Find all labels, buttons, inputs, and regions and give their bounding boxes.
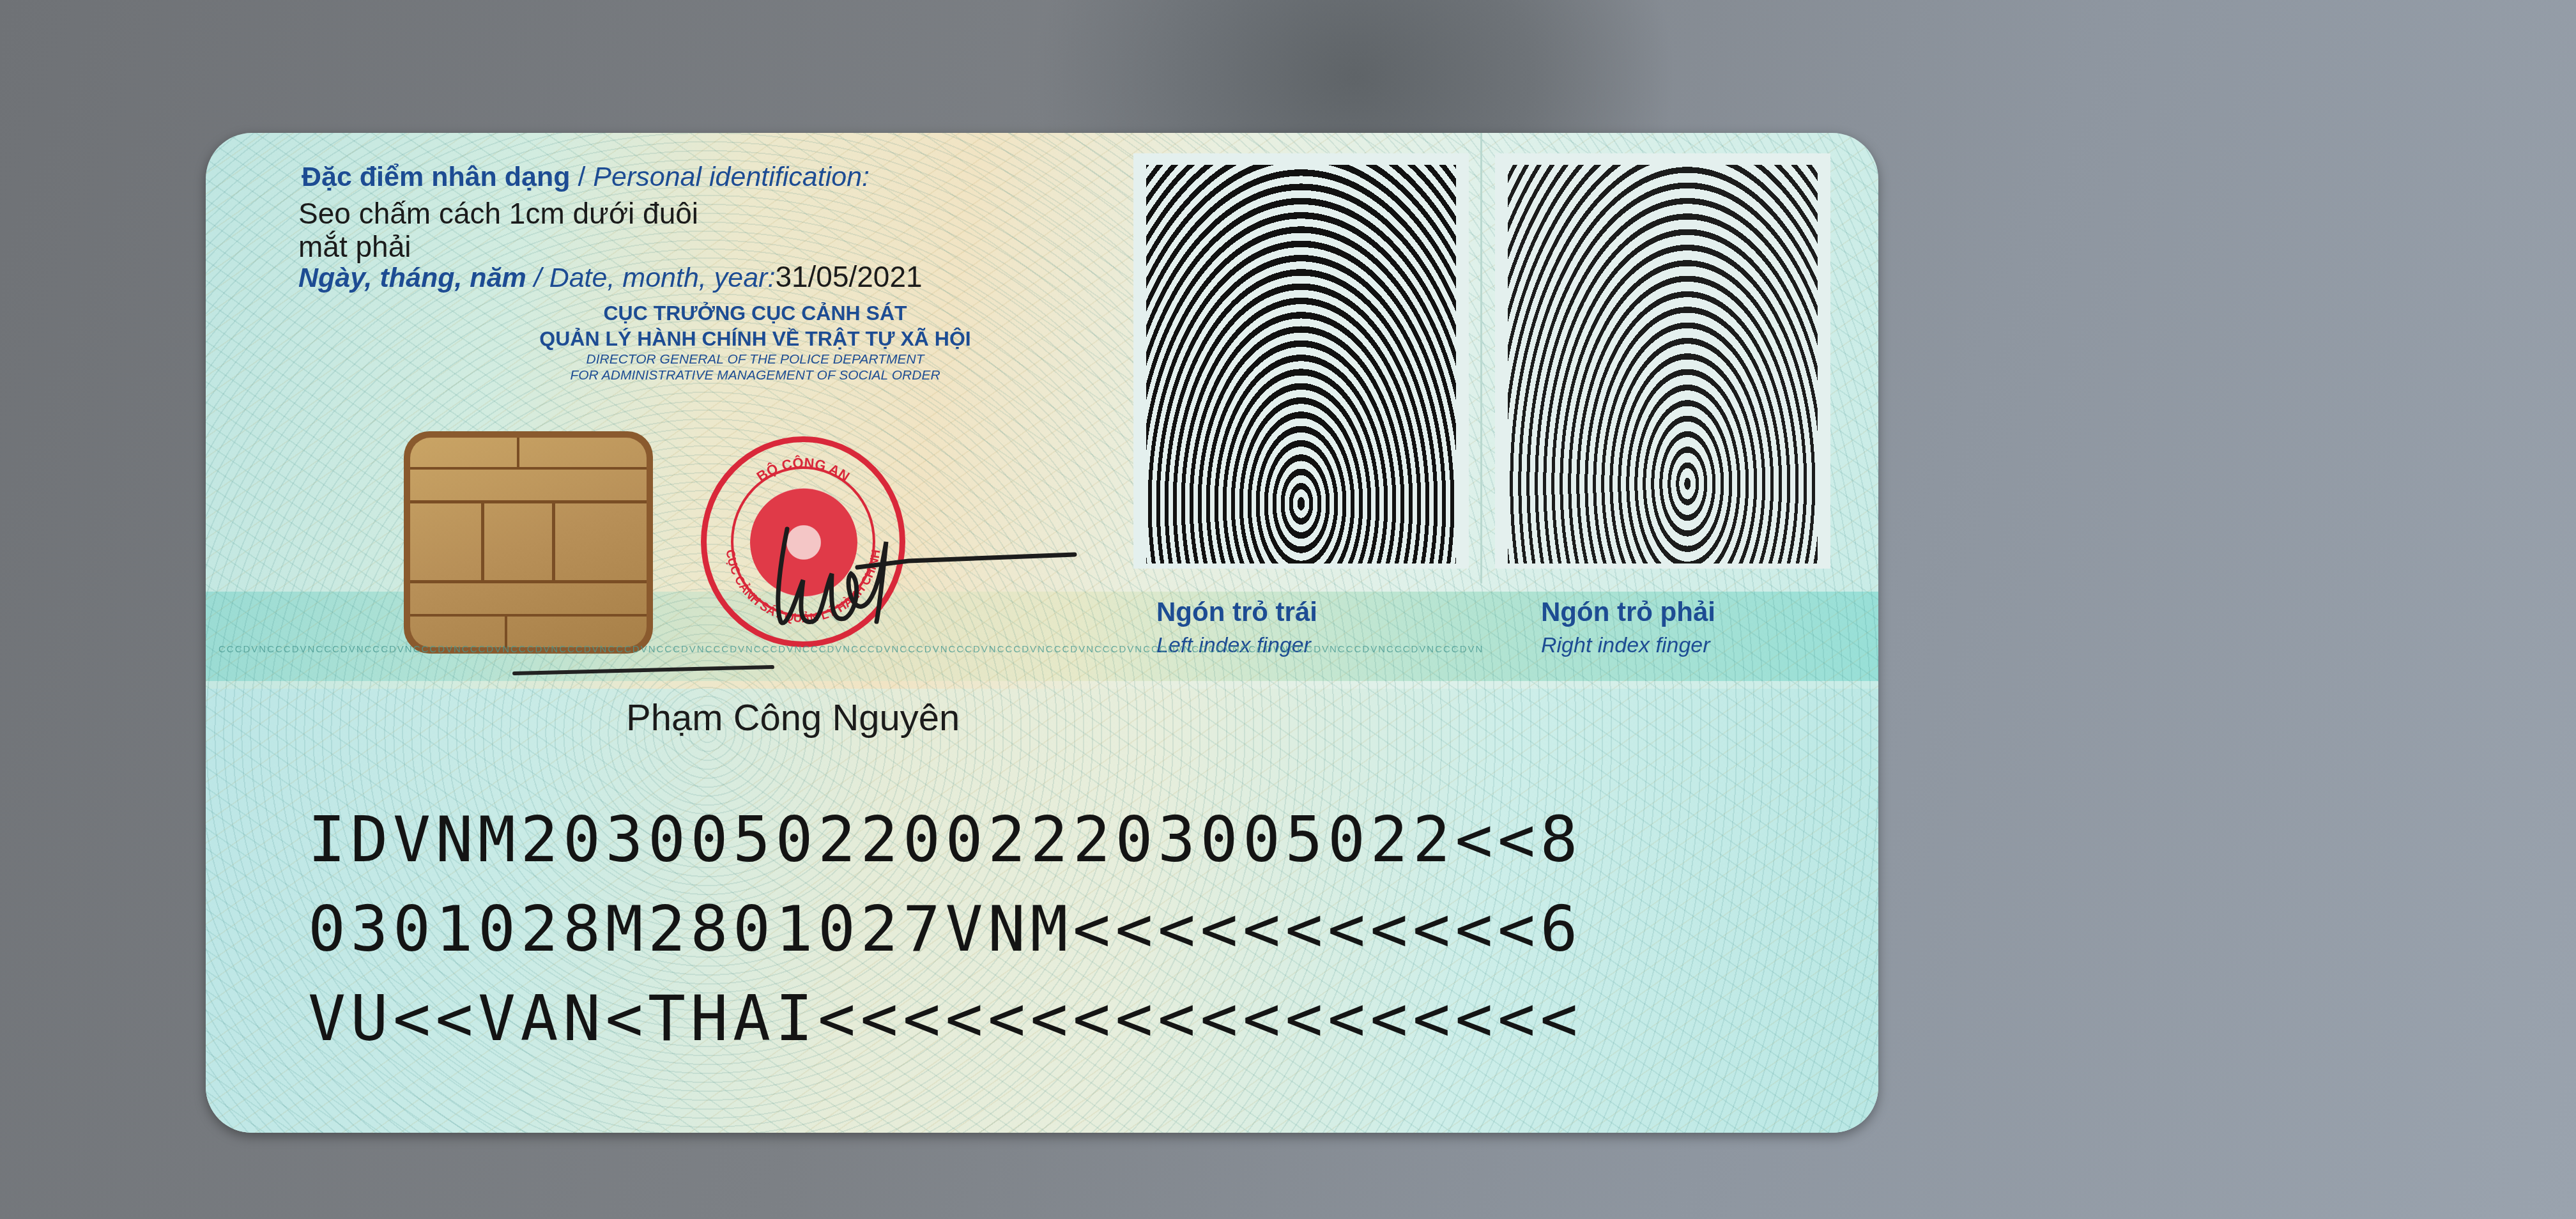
mrz-line-1: IDVNM2030050220022203005022<<8 [308, 809, 1583, 871]
personal-identification-label: Đặc điểm nhân dạng / Personal identifica… [302, 162, 870, 193]
seal-text-top: BỘ CÔNG AN [754, 455, 853, 485]
right-fingerprint-box [1495, 153, 1830, 569]
label-separator: / [571, 162, 594, 192]
issue-date-row: Ngày, tháng, năm / Date, month, year:31/… [298, 259, 923, 294]
personal-identification-value: Seo chấm cách 1cm dưới đuôi mắt phải [298, 197, 873, 263]
personal-id-value-line2: mắt phải [298, 230, 873, 263]
issuer-vi-line1: CỤC TRƯỞNG CỤC CẢNH SÁT [506, 300, 1004, 326]
issuer-vi-line2: QUẢN LÝ HÀNH CHÍNH VỀ TRẬT TỰ XÃ HỘI [506, 326, 1004, 351]
issue-date-value: 31/05/2021 [775, 260, 922, 293]
mrz-line-2: 0301028M2801027VNM<<<<<<<<<<<6 [308, 898, 1583, 961]
id-card-back: Đặc điểm nhân dạng / Personal identifica… [206, 133, 1878, 1133]
left-fingerprint-box [1133, 153, 1469, 569]
svg-text:BỘ CÔNG AN: BỘ CÔNG AN [754, 455, 853, 485]
label-separator: / [526, 263, 549, 293]
fingerprint-divider [1480, 133, 1482, 583]
mrz-line-3: VU<<VAN<THAI<<<<<<<<<<<<<<<<<< [308, 988, 1583, 1050]
issuing-authority: CỤC TRƯỞNG CỤC CẢNH SÁT QUẢN LÝ HÀNH CHÍ… [506, 300, 1004, 383]
date-label-en: Date, month, year: [549, 263, 776, 293]
right-finger-label-vi: Ngón trỏ phải [1541, 597, 1715, 627]
right-fingerprint-icon [1508, 165, 1818, 563]
right-finger-label-en: Right index finger [1541, 633, 1710, 658]
date-label-vi: Ngày, tháng, năm [298, 263, 526, 293]
smart-chip-icon [404, 431, 653, 654]
left-finger-label-vi: Ngón trỏ trái [1156, 597, 1317, 627]
personal-id-label-vi: Đặc điểm nhân dạng [302, 162, 571, 192]
left-fingerprint-icon [1146, 165, 1456, 563]
microtext-line: CCCDVNCCCDVNCCCDVNCCCDVNCCCDVNCCCDVNCCCD… [218, 644, 1483, 655]
personal-id-label-en: Personal identification: [593, 162, 870, 192]
signer-name: Phạm Công Nguyên [626, 696, 960, 739]
signature [755, 510, 1087, 650]
issuer-en-line1: DIRECTOR GENERAL OF THE POLICE DEPARTMEN… [506, 351, 1004, 367]
issuer-en-line2: FOR ADMINISTRATIVE MANAGEMENT OF SOCIAL … [506, 367, 1004, 383]
personal-id-value-line1: Seo chấm cách 1cm dưới đuôi [298, 197, 873, 230]
